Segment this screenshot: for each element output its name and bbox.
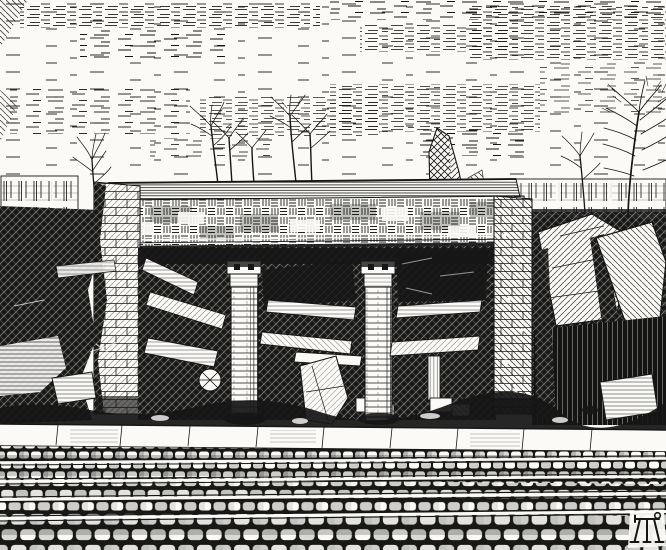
brick-pier-right (494, 196, 532, 414)
ruin-cavity (138, 246, 496, 425)
ruin-right-mass (532, 212, 666, 425)
ink-drawing-ruins (0, 0, 666, 550)
drawing-canvas (0, 0, 666, 550)
artist-monogram (628, 510, 666, 548)
brick-pier-left (94, 182, 140, 414)
sky-hatching (0, 0, 666, 176)
concrete-beam (108, 179, 528, 254)
cobblestone-street (0, 446, 666, 550)
